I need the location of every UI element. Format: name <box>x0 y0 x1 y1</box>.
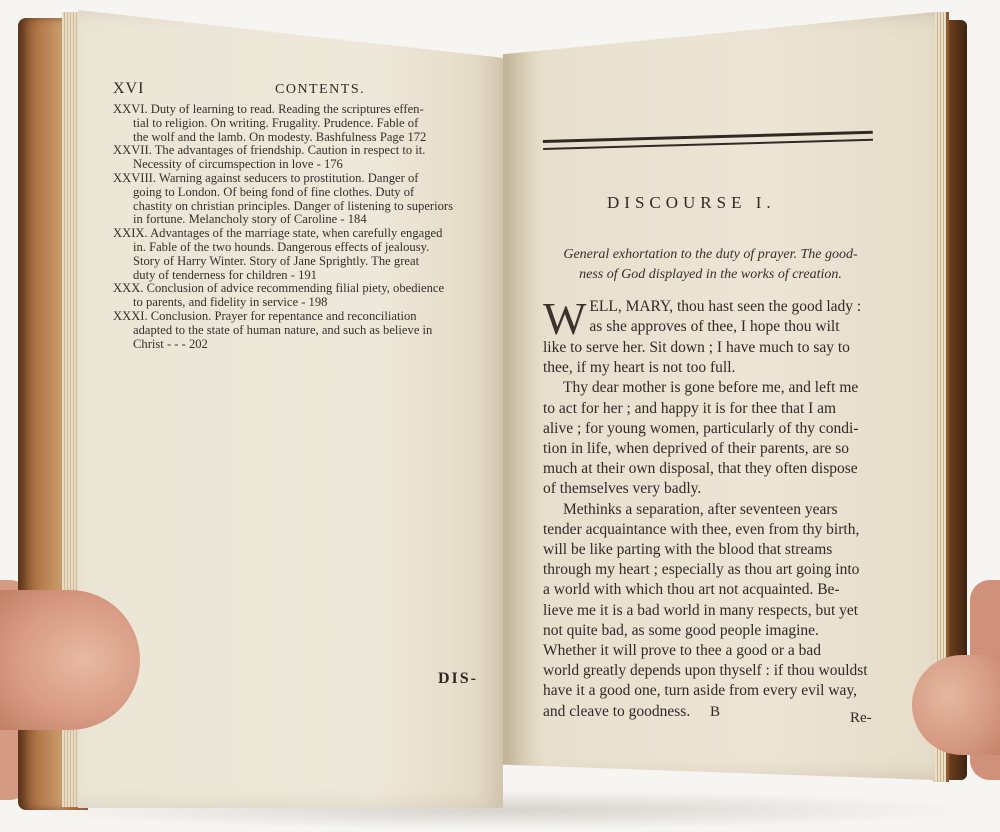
catchword-left: DIS- <box>438 670 478 688</box>
toc-entry-xxvi: XXVI. Duty of learning to read. Reading … <box>113 103 473 144</box>
body-line: lieve me it is a bad world in many respe… <box>543 601 878 621</box>
chapter-summary: General exhortation to the duty of praye… <box>543 245 878 285</box>
toc-entry-xxx: XXX. Conclusion of advice recommending f… <box>113 282 473 310</box>
catchword-right: Re- <box>850 710 872 727</box>
body-line: world greatly depends upon thyself : if … <box>543 661 878 681</box>
running-title: CONTENTS. <box>275 82 365 98</box>
body-line: to act for her ; and happy it is for the… <box>543 399 878 419</box>
toc-line: in. Fable of the two hounds. Dangerous e… <box>113 241 473 255</box>
toc-line: XXIX. Advantages of the marriage state, … <box>113 227 473 241</box>
body-text: W ELL, MARY, thou hast seen the good lad… <box>543 297 878 722</box>
toc-line: chastity on christian principles. Danger… <box>113 200 473 214</box>
toc-line: in fortune. Melancholy story of Caroline… <box>113 213 473 227</box>
body-line: thee, if my heart is not too full. <box>543 358 878 378</box>
body-line: like to serve her. Sit down ; I have muc… <box>543 338 878 358</box>
summary-line: General exhortation to the duty of praye… <box>543 245 878 265</box>
body-line: Whether it will prove to thee a good or … <box>543 641 878 661</box>
toc-entry-xxxi: XXXI. Conclusion. Prayer for repentance … <box>113 310 473 351</box>
toc-line: XXVIII. Warning against seducers to pros… <box>113 172 473 186</box>
body-line: not quite bad, as some good people imagi… <box>543 621 878 641</box>
toc-line: XXVI. Duty of learning to read. Reading … <box>113 103 473 117</box>
toc-line: XXX. Conclusion of advice recommending f… <box>113 282 473 296</box>
toc-entry-xxvii: XXVII. The advantages of friendship. Cau… <box>113 144 473 172</box>
body-line: ELL, MARY, thou hast seen the good lady … <box>589 297 878 317</box>
toc-line: Christ - - - 202 <box>113 338 473 352</box>
toc-entry-xxviii: XXVIII. Warning against seducers to pros… <box>113 172 473 227</box>
toc-line: the wolf and the lamb. On modesty. Bashf… <box>113 131 473 145</box>
body-line: tion in life, when deprived of their par… <box>543 439 878 459</box>
toc-line: tial to religion. On writing. Frugality.… <box>113 117 473 131</box>
chapter-heading: DISCOURSE I. <box>607 193 776 213</box>
toc-line: XXXI. Conclusion. Prayer for repentance … <box>113 310 473 324</box>
body-line: much at their own disposal, that they of… <box>543 459 878 479</box>
table-of-contents: XXVI. Duty of learning to read. Reading … <box>113 103 473 351</box>
summary-line: ness of God displayed in the works of cr… <box>543 265 878 285</box>
toc-line: duty of tenderness for children - 191 <box>113 269 473 283</box>
body-line: have it a good one, turn aside from ever… <box>543 681 878 701</box>
body-line: through my heart ; especially as thou ar… <box>543 560 878 580</box>
body-line: Methinks a separation, after seventeen y… <box>543 500 878 520</box>
drop-cap: W <box>543 300 586 338</box>
toc-line: Necessity of circumspection in love - 17… <box>113 158 473 172</box>
toc-line: to parents, and fidelity in service - 19… <box>113 296 473 310</box>
signature-mark: B <box>710 704 720 721</box>
page-number: XVI <box>113 80 144 98</box>
body-line: tender acquaintance with thee, even from… <box>543 520 878 540</box>
photo-scene: XVI CONTENTS. XXVI. Duty of learning to … <box>0 0 1000 832</box>
body-line: a world with which thou art not acquaint… <box>543 580 878 600</box>
toc-line: adapted to the state of human nature, an… <box>113 324 473 338</box>
toc-line: Story of Harry Winter. Story of Jane Spr… <box>113 255 473 269</box>
body-line: as she approves of thee, I hope thou wil… <box>589 317 878 337</box>
body-line: will be like parting with the blood that… <box>543 540 878 560</box>
toc-line: going to London. Of being fond of fine c… <box>113 186 473 200</box>
toc-line: XXVII. The advantages of friendship. Cau… <box>113 144 473 158</box>
body-line: of themselves very badly. <box>543 479 878 499</box>
body-line: alive ; for young women, particularly of… <box>543 419 878 439</box>
toc-entry-xxix: XXIX. Advantages of the marriage state, … <box>113 227 473 282</box>
left-thumb <box>0 590 140 730</box>
body-line: Thy dear mother is gone before me, and l… <box>543 378 878 398</box>
